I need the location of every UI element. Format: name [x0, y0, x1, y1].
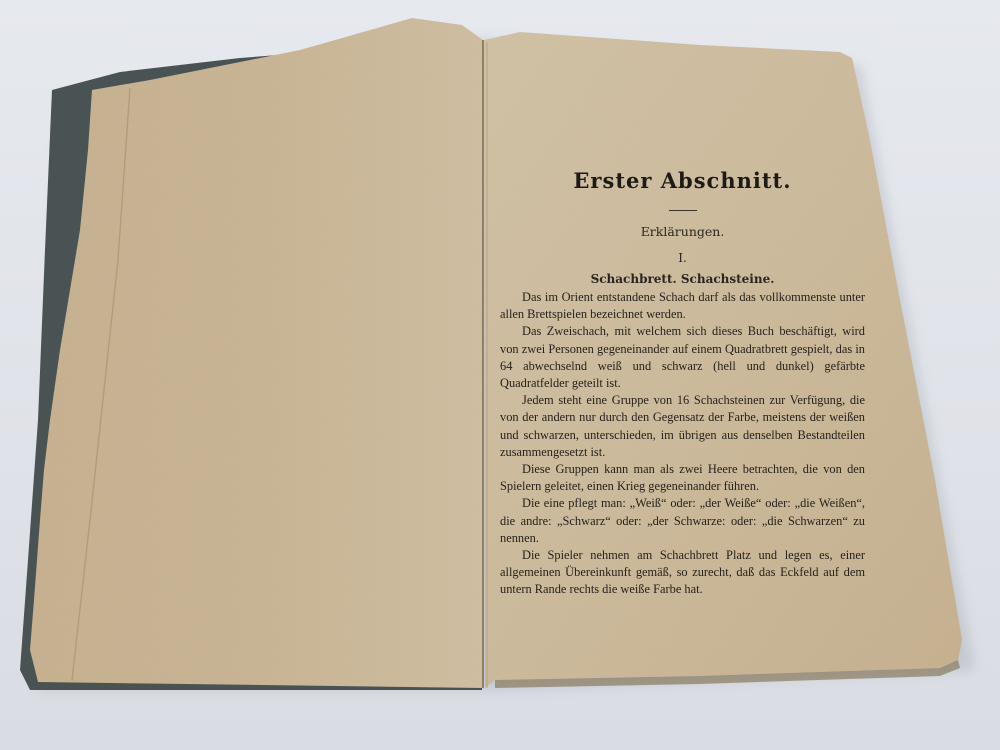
chapter-subtitle: Erklärungen.: [500, 224, 865, 239]
photo-scene: Erster Abschnitt. Erklärungen. I. Schach…: [0, 0, 1000, 750]
paragraph: Die eine pflegt man: „Weiß“ oder: „der W…: [500, 495, 865, 547]
paragraph: Die Spieler nehmen am Schachbrett Platz …: [500, 547, 865, 599]
section-heading: Schachbrett. Schachsteine.: [500, 272, 865, 286]
paragraph: Diese Gruppen kann man als zwei Heere be…: [500, 461, 865, 495]
title-divider: [669, 210, 697, 211]
chapter-title: Erster Abschnitt.: [500, 168, 865, 193]
right-page-text: Erster Abschnitt. Erklärungen. I. Schach…: [500, 160, 865, 599]
paragraph: Das Zweischach, mit welchem sich dieses …: [500, 323, 865, 392]
section-number: I.: [500, 251, 865, 265]
paragraph: Jedem steht eine Gruppe von 16 Schachste…: [500, 392, 865, 461]
paragraph: Das im Orient entstandene Schach darf al…: [500, 289, 865, 323]
